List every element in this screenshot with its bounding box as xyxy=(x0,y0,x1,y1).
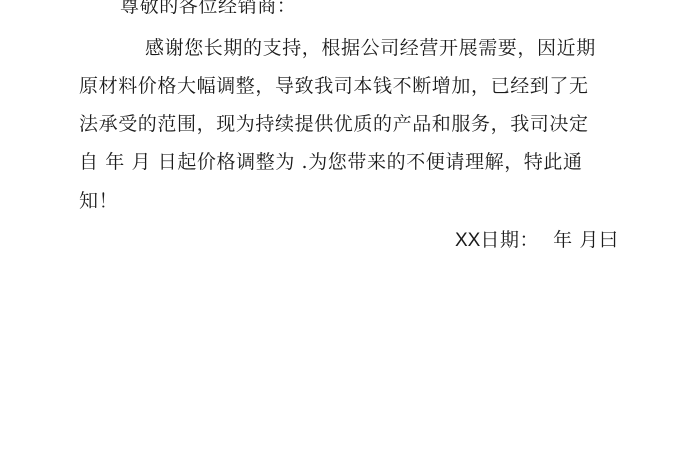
signoff-date-value: 年 月曰 xyxy=(553,229,618,251)
letter-body-line-1: 感谢您长期的支持，根据公司经营开展需要，因近期 xyxy=(145,36,596,60)
letter-page: 尊敬的各位经销商： 感谢您长期的支持，根据公司经营开展需要，因近期 原材料价格大… xyxy=(0,0,700,470)
letter-body-line-3: 法承受的范围，现为持续提供优质的产品和服务，我司决定 xyxy=(79,112,589,136)
letter-body-line-2: 原材料价格大幅调整，导致我司本钱不断增加，已经到了无 xyxy=(79,74,589,98)
letter-body-line-5: 知！ xyxy=(79,189,118,213)
signoff-company: XX xyxy=(455,230,480,251)
letter-body-line-4: 自 年 月 日起价格调整为 .为您带来的不便请理解，特此通 xyxy=(79,150,583,174)
signoff-date-label: 日期： xyxy=(480,229,539,251)
letter-greeting: 尊敬的各位经销商： xyxy=(120,0,296,18)
letter-signoff: XX日期：年 月曰 xyxy=(455,228,619,253)
